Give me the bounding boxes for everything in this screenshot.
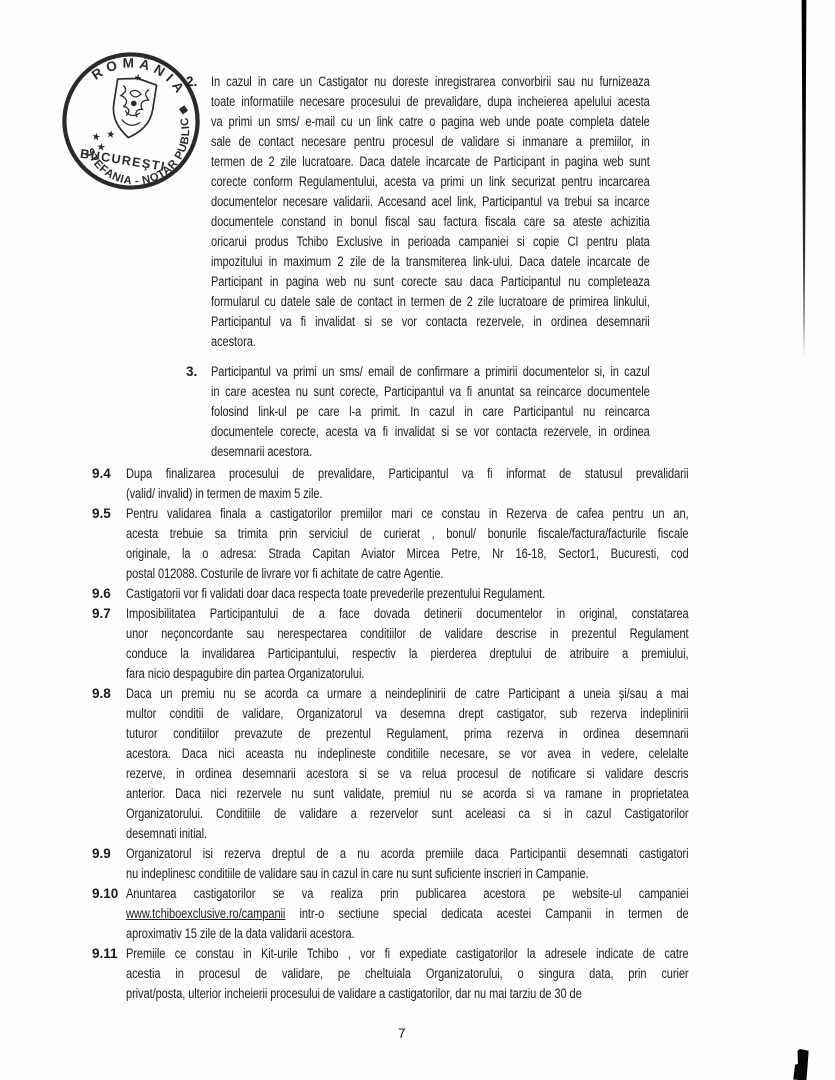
text-line: formularul cu datele sale de contact in … [211, 292, 650, 312]
item-text: Organizatorul isi rezerva dreptul de a n… [126, 844, 689, 884]
list-item: 9.11 Premiile ce constau in Kit-urile Tc… [92, 944, 812, 1004]
list-item: 9.6 Castigatorii vor fi validati doar da… [92, 584, 812, 604]
text-line: va primi un sms/ e-mail cu un link catre… [211, 112, 650, 132]
item-number: 9.11 [92, 944, 126, 964]
text-line: In cazul in care un Castigator nu dorest… [211, 72, 650, 92]
text-line: in care acestea nu sunt corecte, Partici… [211, 382, 650, 402]
item-number: 9.10 [92, 884, 126, 904]
text-line: (valid/ invalid) in termen de maxim 5 zi… [126, 484, 689, 504]
text-line: conduce la invalidarea Participantului, … [126, 644, 689, 664]
item-number: 9.7 [92, 604, 126, 624]
item-number: 9.6 [92, 584, 126, 604]
text-line: sale de contact necesare pentru procesul… [211, 132, 650, 152]
list-item: 9.4 Dupa finalizarea procesului de preva… [92, 464, 812, 504]
text-line: privat/posta, ulterior incheierii proces… [126, 984, 689, 1004]
text-line: Pentru validarea finala a castigatorilor… [126, 504, 689, 524]
text-line: postal 012088. Costurile de livrare vor … [126, 564, 689, 584]
text-line: fara nicio despagubire din partea Organi… [126, 664, 689, 684]
text-line: toate informatiile necesare procesului d… [211, 92, 650, 112]
text-line: Dupa finalizarea procesului de prevalida… [126, 464, 689, 484]
text-line: Organizatorul isi rezerva dreptul de a n… [126, 844, 689, 864]
text-line: Anuntarea castigatorilor se va realiza p… [126, 884, 689, 904]
text-line: Participantul va fi invalidat si se vor … [211, 312, 650, 332]
text-line: Castigatorii vor fi validati doar daca r… [126, 584, 689, 604]
document-page: ROMÂNIA ŞTEFANIA - NOTAR PUBLIC ★ ★ ★ BU… [0, 0, 835, 1080]
item-text: Daca un premiu nu se acorda ca urmare a … [126, 684, 689, 844]
clause-list-inner: 2. In cazul in care un Castigator nu dor… [186, 72, 746, 462]
text-line: documentele constand in bonul fiscal sau… [211, 212, 650, 232]
item-text: Participantul va primi un sms/ email de … [211, 362, 650, 462]
text-line: documentelor necesare validarii. Accesan… [211, 192, 650, 212]
text-line: Imposibilitatea Participantului de a fac… [126, 604, 689, 624]
text-line: acesta trebuie sa trimita prin serviciul… [126, 524, 689, 544]
text-line: termen de 2 zile lucratoare. Daca datele… [211, 152, 650, 172]
text-line: Daca un premiu nu se acorda ca urmare a … [126, 684, 689, 704]
coat-of-arms [109, 72, 158, 141]
item-number: 2. [186, 72, 211, 92]
item-text: Premiile ce constau in Kit-urile Tchibo … [126, 944, 689, 1004]
page-number: 7 [398, 1026, 406, 1041]
text-line: folosind link-ul pe care l-a primit. In … [211, 402, 650, 422]
text-line: impozitului in maximum 2 zile de la tran… [211, 252, 650, 272]
text-line: Participant in pagina web nu sunt corect… [211, 272, 650, 292]
list-item: 3. Participantul va primi un sms/ email … [186, 362, 746, 462]
text-line: nu indeplinesc conditiile de validare sa… [126, 864, 689, 884]
text-line: desemnarii acestora. [211, 442, 650, 462]
text-line: tuturor conditiilor prevazute de prezent… [126, 724, 689, 744]
text-line: unor neçoncordante sau nerespectarea con… [126, 624, 689, 644]
list-item: 9.5 Pentru validarea finala a castigator… [92, 504, 812, 584]
text-line: www.tchiboexclusive.ro/campanii intr-o s… [126, 904, 689, 924]
scan-artifact-blob [789, 1049, 809, 1080]
list-item: 2. In cazul in care un Castigator nu dor… [186, 72, 746, 352]
item-text: Anuntarea castigatorilor se va realiza p… [126, 884, 689, 944]
item-text: Dupa finalizarea procesului de prevalida… [126, 464, 689, 504]
text-line: Organizatorului. Conditiile de validare … [126, 804, 689, 824]
text-line: corecte conform Regulamentului, acesta v… [211, 172, 650, 192]
item-number: 9.8 [92, 684, 126, 704]
item-number: 9.5 [92, 504, 126, 524]
text-line: acestora. Daca nici aceasta nu indepline… [126, 744, 689, 764]
item-text: In cazul in care un Castigator nu dorest… [211, 72, 650, 352]
campaign-url: www.tchiboexclusive.ro/campanii [126, 906, 285, 921]
item-text: Castigatorii vor fi validati doar daca r… [126, 584, 689, 604]
svg-text:★: ★ [105, 129, 116, 141]
text-line: oricarui produs Tchibo Exclusive in peri… [211, 232, 650, 252]
text-line: acestora. [211, 332, 650, 352]
clause-list-outer: 9.4 Dupa finalizarea procesului de preva… [92, 464, 812, 1004]
list-item: 9.9 Organizatorul isi rezerva dreptul de… [92, 844, 812, 884]
text-line: documentele corecte, acesta va fi invali… [211, 422, 650, 442]
item-number: 9.9 [92, 844, 126, 864]
list-item: 9.7 Imposibilitatea Participantului de a… [92, 604, 812, 684]
text-line: Participantul va primi un sms/ email de … [211, 362, 650, 382]
text-line: rezerve, in ordinea desemnarii acestora … [126, 764, 689, 784]
text-line: desemnati initial. [126, 824, 689, 844]
item-number: 3. [186, 362, 211, 382]
text-line: Premiile ce constau in Kit-urile Tchibo … [126, 944, 689, 964]
text-line: multor conditii de validare, Organizator… [126, 704, 689, 724]
item-number: 9.4 [92, 464, 126, 484]
item-text: Pentru validarea finala a castigatorilor… [126, 504, 689, 584]
list-item: 9.8 Daca un premiu nu se acorda ca urmar… [92, 684, 812, 844]
item-text: Imposibilitatea Participantului de a fac… [126, 604, 689, 684]
text-line: acestia in procesul de validare, pe chel… [126, 964, 689, 984]
text-line: aproximativ 15 zile de la data validarii… [126, 924, 689, 944]
scan-artifact-line [801, 0, 807, 358]
list-item: 9.10 Anuntarea castigatorilor se va real… [92, 884, 812, 944]
stamp-city-text: BUCUREŞTI [79, 147, 167, 174]
text-line: anterior. Daca nici rezervele nu sunt va… [126, 784, 689, 804]
text-line: originale, la o adresa: Strada Capitan A… [126, 544, 689, 564]
